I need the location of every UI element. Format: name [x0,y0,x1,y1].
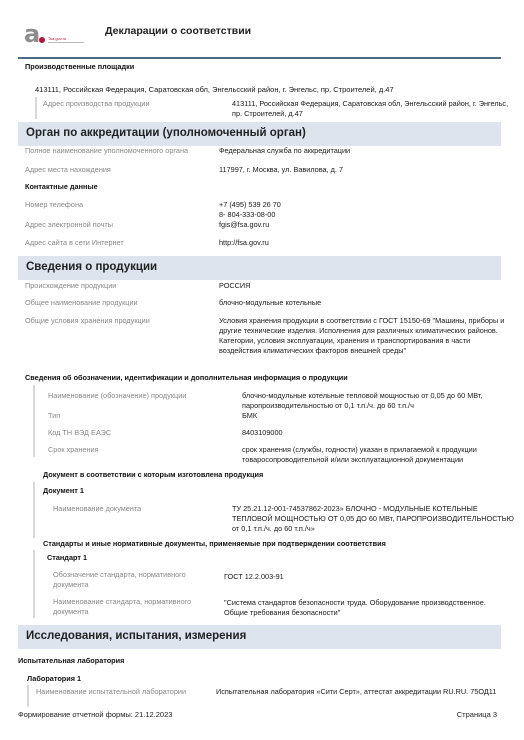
document-name-label: Наименование документа [53,504,141,514]
report-generated-date: Формирование отчетной формы: 21.12.2023 [18,710,172,719]
production-address-value: 413111, Российская Федерация, Саратовска… [232,99,512,119]
document-title: Декларации о соответствии [105,25,251,37]
production-address-label: Адрес производства продукции [43,99,150,109]
logo-a-icon: a [24,22,40,46]
authority-name-value: Федеральная служба по аккредитации [219,146,350,156]
phone-label: Номер телефона [25,200,83,210]
section-title: Исследования, испытания, измерения [26,630,246,642]
page-number: Страница 3 [457,710,497,719]
indent-bar [33,550,35,618]
contacts-heading: Контактные данные [25,182,98,192]
origin-label: Происхождение продукции [25,281,116,291]
general-name-label: Общее наименование продукции [25,298,138,308]
indent-bar [33,482,35,538]
header-divider [18,57,501,59]
authority-name-label: Полное наименование уполномоченного орга… [25,146,188,156]
lab-1-heading: Лаборатория 1 [27,674,81,684]
website-label: Адрес сайта в сети Интернет [25,238,124,248]
section-product: Сведения о продукции [18,256,501,280]
storage-label: Общие условия хранения продукции [25,316,150,326]
logo-text: Tsa.gov.ru [48,36,66,41]
lab-name-label: Наименование испытательной лаборатории [36,687,186,697]
tnved-value: 8403109000 [242,428,283,438]
tnved-label: Код ТН ВЭД ЕАЭС [48,428,111,438]
indent-bar [35,97,37,119]
email-label: Адрес электронной почты [25,220,113,230]
logo-underline [48,42,84,43]
document-name-value: ТУ 25.21.12-001-74537862-2023» БЛОЧНО - … [232,504,514,534]
standard-name-value: "Система стандартов безопасности труда. … [224,598,489,618]
section-research: Исследования, испытания, измерения [18,625,501,649]
lab-heading: Испытательная лаборатория [18,656,124,666]
phone-value-2: 8- 804-333-08-00 [219,210,275,220]
email-value[interactable]: fgis@fsa.gov.ru [219,220,269,230]
storage-value: Условия хранения продукции в соответстви… [219,316,511,356]
shelf-life-label: Срок хранения [48,445,99,455]
shelf-life-value: срок хранения (службы, годности) указан … [242,445,514,465]
identification-heading: Сведения об обозначении, идентификации и… [25,373,348,383]
standard-designation-label: Обозначение стандарта, нормативного доку… [53,570,203,590]
type-label: Тип [48,411,60,421]
production-sites-heading: Производственные площадки [25,62,134,72]
lab-name-value: Испытательная лаборатория «Сити Серт», а… [216,687,501,697]
indent-bar [27,685,29,707]
website-value[interactable]: http://fsa.gov.ru [219,238,269,248]
designation-value: блочно-модульные котельные тепловой мощн… [242,391,514,411]
standard-designation-value: ГОСТ 12.2.003-91 [224,572,284,582]
origin-value: РОССИЯ [219,281,250,291]
general-name-value: блочно-модульные котельные [219,298,321,308]
manufacturing-doc-heading: Документ в соответствии с которым изгото… [43,470,263,480]
section-title: Сведения о продукции [26,261,157,273]
designation-label: Наименование (обозначение) продукции [48,391,186,401]
authority-address-label: Адрес места нахождения [25,165,111,175]
logo: a Tsa.gov.ru [24,22,88,48]
standard-1-heading: Стандарт 1 [47,553,87,563]
logo-dot-icon [39,37,45,43]
section-title: Орган по аккредитации (уполномоченный ор… [26,127,306,139]
production-address-line: 413111, Российская Федерация, Саратовска… [35,85,394,95]
standard-name-label: Наименование стандарта, нормативного док… [53,597,203,617]
section-accreditation: Орган по аккредитации (уполномоченный ор… [18,122,501,146]
document-1-heading: Документ 1 [43,486,84,496]
authority-address-value: 117997, г. Москва, ул. Вавилова, д. 7 [219,165,343,175]
type-value: БМК [242,411,257,421]
standards-heading: Стандарты и иные нормативные документы, … [43,539,386,549]
phone-value-1: +7 (495) 539 26 70 [219,200,281,210]
indent-bar [33,385,35,457]
